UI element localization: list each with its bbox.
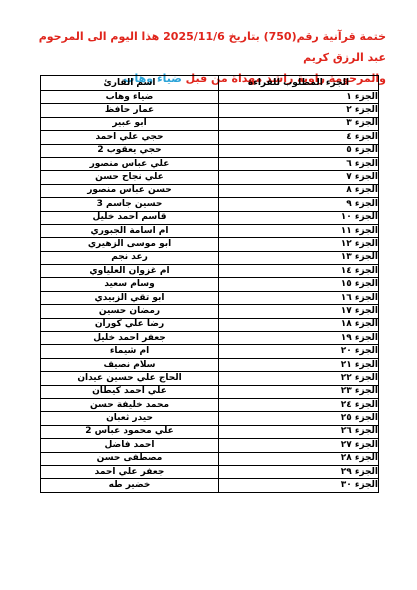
table-row: الجزء ١٨ رضا علي كوران xyxy=(41,318,379,331)
reader-cell: علي عباس منصور xyxy=(41,157,219,170)
reader-cell: قاسم احمد خليل xyxy=(41,211,219,224)
part-cell: الجزء ٢٢ xyxy=(219,372,379,385)
reader-cell: احمد فاضل xyxy=(41,439,219,452)
table-row: الجزء ١٥ وسام سعيد xyxy=(41,278,379,291)
part-cell: الجزء ٢٠ xyxy=(219,345,379,358)
table-row: الجزء ١٣ رعد نجم xyxy=(41,251,379,264)
table-row: الجزء ٢٠ ام شيماء xyxy=(41,345,379,358)
table-body: الجزء ١ ضياء وهاب الجزء ٢ عمار حافظ الجز… xyxy=(41,91,379,493)
part-cell: الجزء ١٥ xyxy=(219,278,379,291)
table-row: الجزء ١٤ ام غزوان العلياوي xyxy=(41,265,379,278)
part-cell: الجزء ٢٤ xyxy=(219,398,379,411)
part-cell: الجزء ٣٠ xyxy=(219,479,379,492)
table-row: الجزء ١١ ام اسامة الجبوري xyxy=(41,224,379,237)
reader-cell: عمار حافظ xyxy=(41,104,219,117)
table-row: الجزء ٤ حجي علي احمد xyxy=(41,131,379,144)
table-row: الجزء ٢٦ علي محمود عباس 2 xyxy=(41,425,379,438)
part-cell: الجزء ٨ xyxy=(219,184,379,197)
reader-cell: رضا علي كوران xyxy=(41,318,219,331)
table-row: الجزء ١ ضياء وهاب xyxy=(41,91,379,104)
table-row: الجزء ١٢ ابو موسى الزهيري xyxy=(41,238,379,251)
column-header-reader: اسم القارئ xyxy=(41,76,219,91)
table-row: الجزء ٢٢ الحاج علي حسين عيدان xyxy=(41,372,379,385)
part-cell: الجزء ٢١ xyxy=(219,358,379,371)
part-cell: الجزء ٢٥ xyxy=(219,412,379,425)
part-cell: الجزء ٢٩ xyxy=(219,465,379,478)
khatma-parts-table: الجزء المطلوب للقراءة اسم القارئ الجزء ١… xyxy=(40,75,379,493)
reader-cell: حجي يعقوب 2 xyxy=(41,144,219,157)
reader-cell: علي محمود عباس 2 xyxy=(41,425,219,438)
document-page: ختمة قرآنية رقم(750) بتاريخ 2025/11/6 هذ… xyxy=(0,0,417,590)
reader-cell: سلام نصيف xyxy=(41,358,219,371)
reader-cell: ابو تقي الزبيدي xyxy=(41,291,219,304)
reader-cell: محمد خليفة حسن xyxy=(41,398,219,411)
table-row: الجزء ٢٥ حيدر ثعبان xyxy=(41,412,379,425)
part-cell: الجزء ١٣ xyxy=(219,251,379,264)
table-row: الجزء ٢ عمار حافظ xyxy=(41,104,379,117)
reader-cell: ابو موسى الزهيري xyxy=(41,238,219,251)
table-row: الجزء ١٧ رمضان حسين xyxy=(41,305,379,318)
reader-cell: ام غزوان العلياوي xyxy=(41,265,219,278)
part-cell: الجزء ٢٨ xyxy=(219,452,379,465)
reader-cell: علي احمد كيطان xyxy=(41,385,219,398)
reader-cell: حجي علي احمد xyxy=(41,131,219,144)
part-cell: الجزء ١٩ xyxy=(219,332,379,345)
table-row: الجزء ٢٧ احمد فاضل xyxy=(41,439,379,452)
table-row: الجزء ٣٠ خضير طه xyxy=(41,479,379,492)
table-row: الجزء ٢٩ جعفر علي احمد xyxy=(41,465,379,478)
table-row: الجزء ٢٤ محمد خليفة حسن xyxy=(41,398,379,411)
dedication-line-1: ختمة قرآنية رقم(750) بتاريخ 2025/11/6 هذ… xyxy=(30,26,386,68)
part-cell: الجزء ٢٣ xyxy=(219,385,379,398)
table-row: الجزء ٨ حسن عباس منصور xyxy=(41,184,379,197)
part-cell: الجزء ١٤ xyxy=(219,265,379,278)
reader-cell: ضياء وهاب xyxy=(41,91,219,104)
table-row: الجزء ٢٨ مصطفى حسن xyxy=(41,452,379,465)
part-cell: الجزء ١٦ xyxy=(219,291,379,304)
reader-cell: جعفر احمد خليل xyxy=(41,332,219,345)
table-row: الجزء ٢٣ علي احمد كيطان xyxy=(41,385,379,398)
table-header-row: الجزء المطلوب للقراءة اسم القارئ xyxy=(41,76,379,91)
part-cell: الجزء ٢٧ xyxy=(219,439,379,452)
reader-cell: ابو عبير xyxy=(41,117,219,130)
part-cell: الجزء ١٢ xyxy=(219,238,379,251)
reader-cell: حسين جاسم 3 xyxy=(41,198,219,211)
table-row: الجزء ٣ ابو عبير xyxy=(41,117,379,130)
reader-cell: ام اسامة الجبوري xyxy=(41,224,219,237)
part-cell: الجزء ٦ xyxy=(219,157,379,170)
reader-cell: جعفر علي احمد xyxy=(41,465,219,478)
part-cell: الجزء ٢ xyxy=(219,104,379,117)
part-cell: الجزء ٩ xyxy=(219,198,379,211)
part-cell: الجزء ١ xyxy=(219,91,379,104)
table-row: الجزء ٥ حجي يعقوب 2 xyxy=(41,144,379,157)
part-cell: الجزء ١٨ xyxy=(219,318,379,331)
table-row: الجزء ٦ علي عباس منصور xyxy=(41,157,379,170)
reader-cell: رعد نجم xyxy=(41,251,219,264)
reader-cell: ام شيماء xyxy=(41,345,219,358)
part-cell: الجزء ٢٦ xyxy=(219,425,379,438)
table-row: الجزء ٩ حسين جاسم 3 xyxy=(41,198,379,211)
reader-cell: رمضان حسين xyxy=(41,305,219,318)
reader-cell: حسن عباس منصور xyxy=(41,184,219,197)
part-cell: الجزء ١٠ xyxy=(219,211,379,224)
table-row: الجزء ١٠ قاسم احمد خليل xyxy=(41,211,379,224)
part-cell: الجزء ٥ xyxy=(219,144,379,157)
reader-cell: وسام سعيد xyxy=(41,278,219,291)
reader-cell: الحاج علي حسين عيدان xyxy=(41,372,219,385)
part-cell: الجزء ٧ xyxy=(219,171,379,184)
table-row: الجزء ١٩ جعفر احمد خليل xyxy=(41,332,379,345)
column-header-part: الجزء المطلوب للقراءة xyxy=(219,76,379,91)
table-row: الجزء ١٦ ابو تقي الزبيدي xyxy=(41,291,379,304)
reader-cell: خضير طه xyxy=(41,479,219,492)
part-cell: الجزء ١٧ xyxy=(219,305,379,318)
reader-cell: حيدر ثعبان xyxy=(41,412,219,425)
reader-cell: علي نجاح حسن xyxy=(41,171,219,184)
part-cell: الجزء ٤ xyxy=(219,131,379,144)
table-row: الجزء ٧ علي نجاح حسن xyxy=(41,171,379,184)
reader-cell: مصطفى حسن xyxy=(41,452,219,465)
part-cell: الجزء ٣ xyxy=(219,117,379,130)
table-row: الجزء ٢١ سلام نصيف xyxy=(41,358,379,371)
part-cell: الجزء ١١ xyxy=(219,224,379,237)
